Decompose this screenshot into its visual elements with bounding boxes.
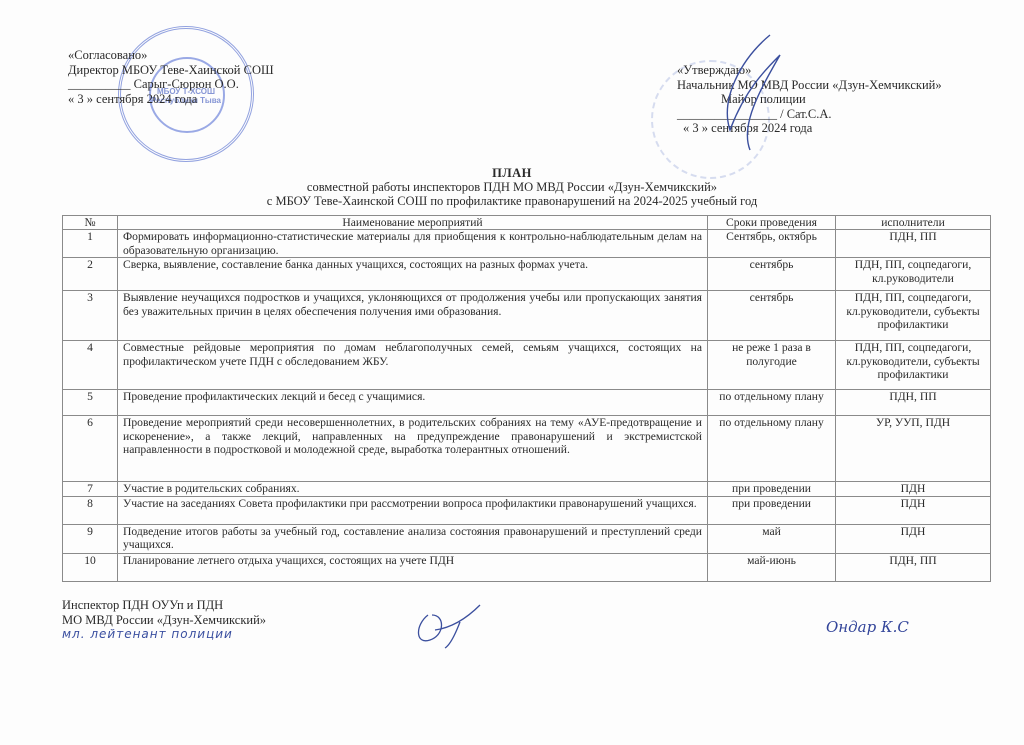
header-exec: исполнители — [836, 216, 991, 230]
row-name: Совместные рейдовые мероприятия по домам… — [118, 341, 708, 390]
row-date: сентябрь — [708, 291, 836, 341]
row-num: 3 — [63, 291, 118, 341]
plan-table: № Наименование мероприятий Сроки проведе… — [62, 215, 991, 582]
row-name: Планирование летнего отдыха учащихся, со… — [118, 553, 708, 581]
table-row: 4 Совместные рейдовые мероприятия по дом… — [63, 341, 991, 390]
row-num: 10 — [63, 553, 118, 581]
approval-left-signature: __________ Сарыг-Сюрюн О.О. — [68, 77, 274, 92]
title-heading: ПЛАН — [0, 166, 1024, 180]
inspector-block: Инспектор ПДН ОУУп и ПДН МО МВД России «… — [62, 598, 266, 642]
row-num: 8 — [63, 496, 118, 524]
title-line-1: совместной работы инспекторов ПДН МО МВД… — [0, 180, 1024, 194]
row-exec: ПДН — [836, 524, 991, 553]
approval-left-label: «Согласовано» — [68, 48, 274, 63]
row-date: по отдельному плану — [708, 416, 836, 482]
inspector-rank-handwritten: мл. лейтенант полиции — [62, 627, 266, 642]
row-date: Сентябрь, октябрь — [708, 230, 836, 258]
row-exec: УР, УУП, ПДН — [836, 416, 991, 482]
approval-left-position: Директор МБОУ Теве-Хаинской СОШ — [68, 63, 274, 78]
inspector-department: МО МВД России «Дзун-Хемчикский» — [62, 613, 266, 628]
row-name: Сверка, выявление, составление банка дан… — [118, 258, 708, 291]
row-exec: ПДН, ПП, соцпедагоги, кл.руководители, с… — [836, 291, 991, 341]
row-num: 5 — [63, 390, 118, 416]
row-num: 6 — [63, 416, 118, 482]
row-exec: ПДН — [836, 482, 991, 496]
table-row: 6 Проведение мероприятий среди несоверше… — [63, 416, 991, 482]
row-date: по отдельному плану — [708, 390, 836, 416]
row-date: май — [708, 524, 836, 553]
row-name: Выявление неучащихся подростков и учащих… — [118, 291, 708, 341]
header-name: Наименование мероприятий — [118, 216, 708, 230]
header-num: № — [63, 216, 118, 230]
table-row: 9 Подведение итогов работы за учебный го… — [63, 524, 991, 553]
row-num: 7 — [63, 482, 118, 496]
table-row: 5 Проведение профилактических лекций и б… — [63, 390, 991, 416]
row-name: Участие в родительских собраниях. — [118, 482, 708, 496]
approval-left-date: « 3 » сентября 2024 года — [68, 92, 274, 107]
row-exec: ПДН, ПП — [836, 553, 991, 581]
approval-left-block: «Согласовано» Директор МБОУ Теве-Хаинско… — [68, 48, 274, 106]
table-row: 8 Участие на заседаниях Совета профилакт… — [63, 496, 991, 524]
row-name: Проведение мероприятий среди несовершенн… — [118, 416, 708, 482]
row-date: при проведении — [708, 496, 836, 524]
row-name: Подведение итогов работы за учебный год,… — [118, 524, 708, 553]
inspector-name-handwritten: Ондар К.С — [826, 618, 909, 636]
row-exec: ПДН, ПП — [836, 230, 991, 258]
row-num: 2 — [63, 258, 118, 291]
inspector-title: Инспектор ПДН ОУУп и ПДН — [62, 598, 266, 613]
row-date: не реже 1 раза в полугодие — [708, 341, 836, 390]
table-header-row: № Наименование мероприятий Сроки проведе… — [63, 216, 991, 230]
row-date: при проведении — [708, 482, 836, 496]
row-num: 4 — [63, 341, 118, 390]
row-exec: ПДН, ПП — [836, 390, 991, 416]
title-line-2: с МБОУ Теве-Хаинской СОШ по профилактике… — [0, 194, 1024, 208]
table-row: 1 Формировать информационно-статистическ… — [63, 230, 991, 258]
row-date: сентябрь — [708, 258, 836, 291]
row-num: 9 — [63, 524, 118, 553]
document-title: ПЛАН совместной работы инспекторов ПДН М… — [0, 166, 1024, 208]
row-name: Формировать информационно-статистические… — [118, 230, 708, 258]
director-signature — [700, 30, 800, 160]
row-exec: ПДН, ПП, соцпедагоги, кл.руководители — [836, 258, 991, 291]
table-row: 7 Участие в родительских собраниях. при … — [63, 482, 991, 496]
header-date: Сроки проведения — [708, 216, 836, 230]
row-date: май-июнь — [708, 553, 836, 581]
inspector-signature — [410, 600, 500, 650]
table-row: 10 Планирование летнего отдыха учащихся,… — [63, 553, 991, 581]
row-exec: ПДН — [836, 496, 991, 524]
row-num: 1 — [63, 230, 118, 258]
table-row: 2 Сверка, выявление, составление банка д… — [63, 258, 991, 291]
row-name: Участие на заседаниях Совета профилактик… — [118, 496, 708, 524]
row-exec: ПДН, ПП, соцпедагоги, кл.руководители, с… — [836, 341, 991, 390]
row-name: Проведение профилактических лекций и бес… — [118, 390, 708, 416]
table-row: 3 Выявление неучащихся подростков и учащ… — [63, 291, 991, 341]
